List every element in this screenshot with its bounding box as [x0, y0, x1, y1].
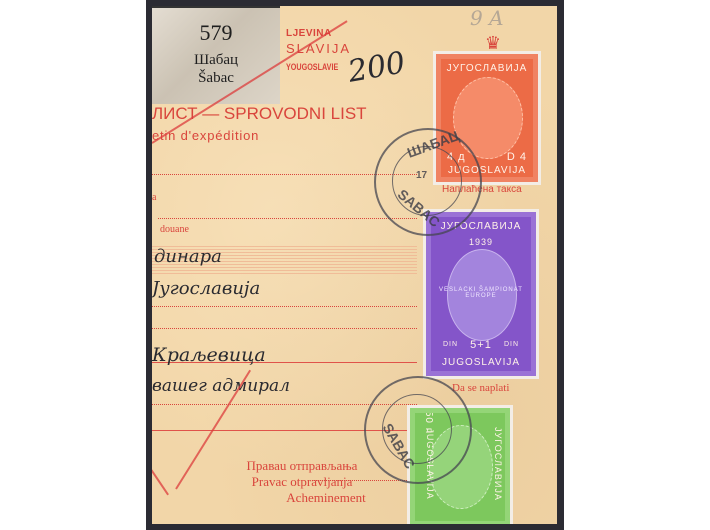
- left-margin-mark: a: [152, 192, 156, 203]
- postmark-date: 17: [416, 170, 427, 181]
- caption-to-be-paid: Da se naplati: [452, 382, 509, 394]
- form-rule: [158, 218, 417, 219]
- stamp-bottom-text: JUGOSLAVIJA: [431, 357, 531, 368]
- postmark-sabac-1: ШАБАЦ SABAC 17: [374, 128, 482, 236]
- dispatch-note-paper: 579 Шабац Šabac LJEVINA SLAVIJA YOUGOSLA…: [152, 6, 557, 524]
- crown-icon: ♛: [482, 34, 504, 52]
- field-label-douane: douane: [160, 224, 189, 235]
- handwritten-amount: 200: [345, 45, 407, 89]
- form-rule: [152, 328, 417, 329]
- header-line-3: YOUGOSLAVIE: [286, 62, 338, 72]
- postmark-sabac-2: SABAC: [364, 376, 472, 484]
- label-town-cyrillic: Шабац: [152, 52, 280, 69]
- label-number: 579: [152, 20, 280, 46]
- handwritten-line-1: динара: [154, 246, 222, 267]
- stamp-1939-rowing-championship: ЈУГОСЛАВИЈА 1939 VESLACKI ŠAMPIONAT EURO…: [426, 212, 536, 376]
- handwritten-line-3: Краљевица: [152, 344, 266, 366]
- stamp-year: 1939: [431, 237, 531, 247]
- stamp-unit-left: DIN: [443, 341, 458, 348]
- stamp-value-right: D 4: [507, 151, 527, 163]
- form-rule: [152, 306, 417, 307]
- pencil-note: 9 A: [470, 6, 504, 30]
- handwritten-line-4: вашег адмирал: [152, 376, 290, 396]
- stamp-unit-right: DIN: [504, 341, 519, 348]
- stamp-side-text-right: ЈУГОСЛАВИЈА: [493, 409, 503, 519]
- stamp-top-text: ЈУГОСЛАВИЈА: [441, 63, 533, 74]
- stamp-arc-text: VESLACKI ŠAMPIONAT EUROPE: [431, 287, 531, 299]
- registration-label: 579 Шабац Šabac: [152, 6, 280, 104]
- handwritten-line-2: Југославија: [152, 278, 260, 299]
